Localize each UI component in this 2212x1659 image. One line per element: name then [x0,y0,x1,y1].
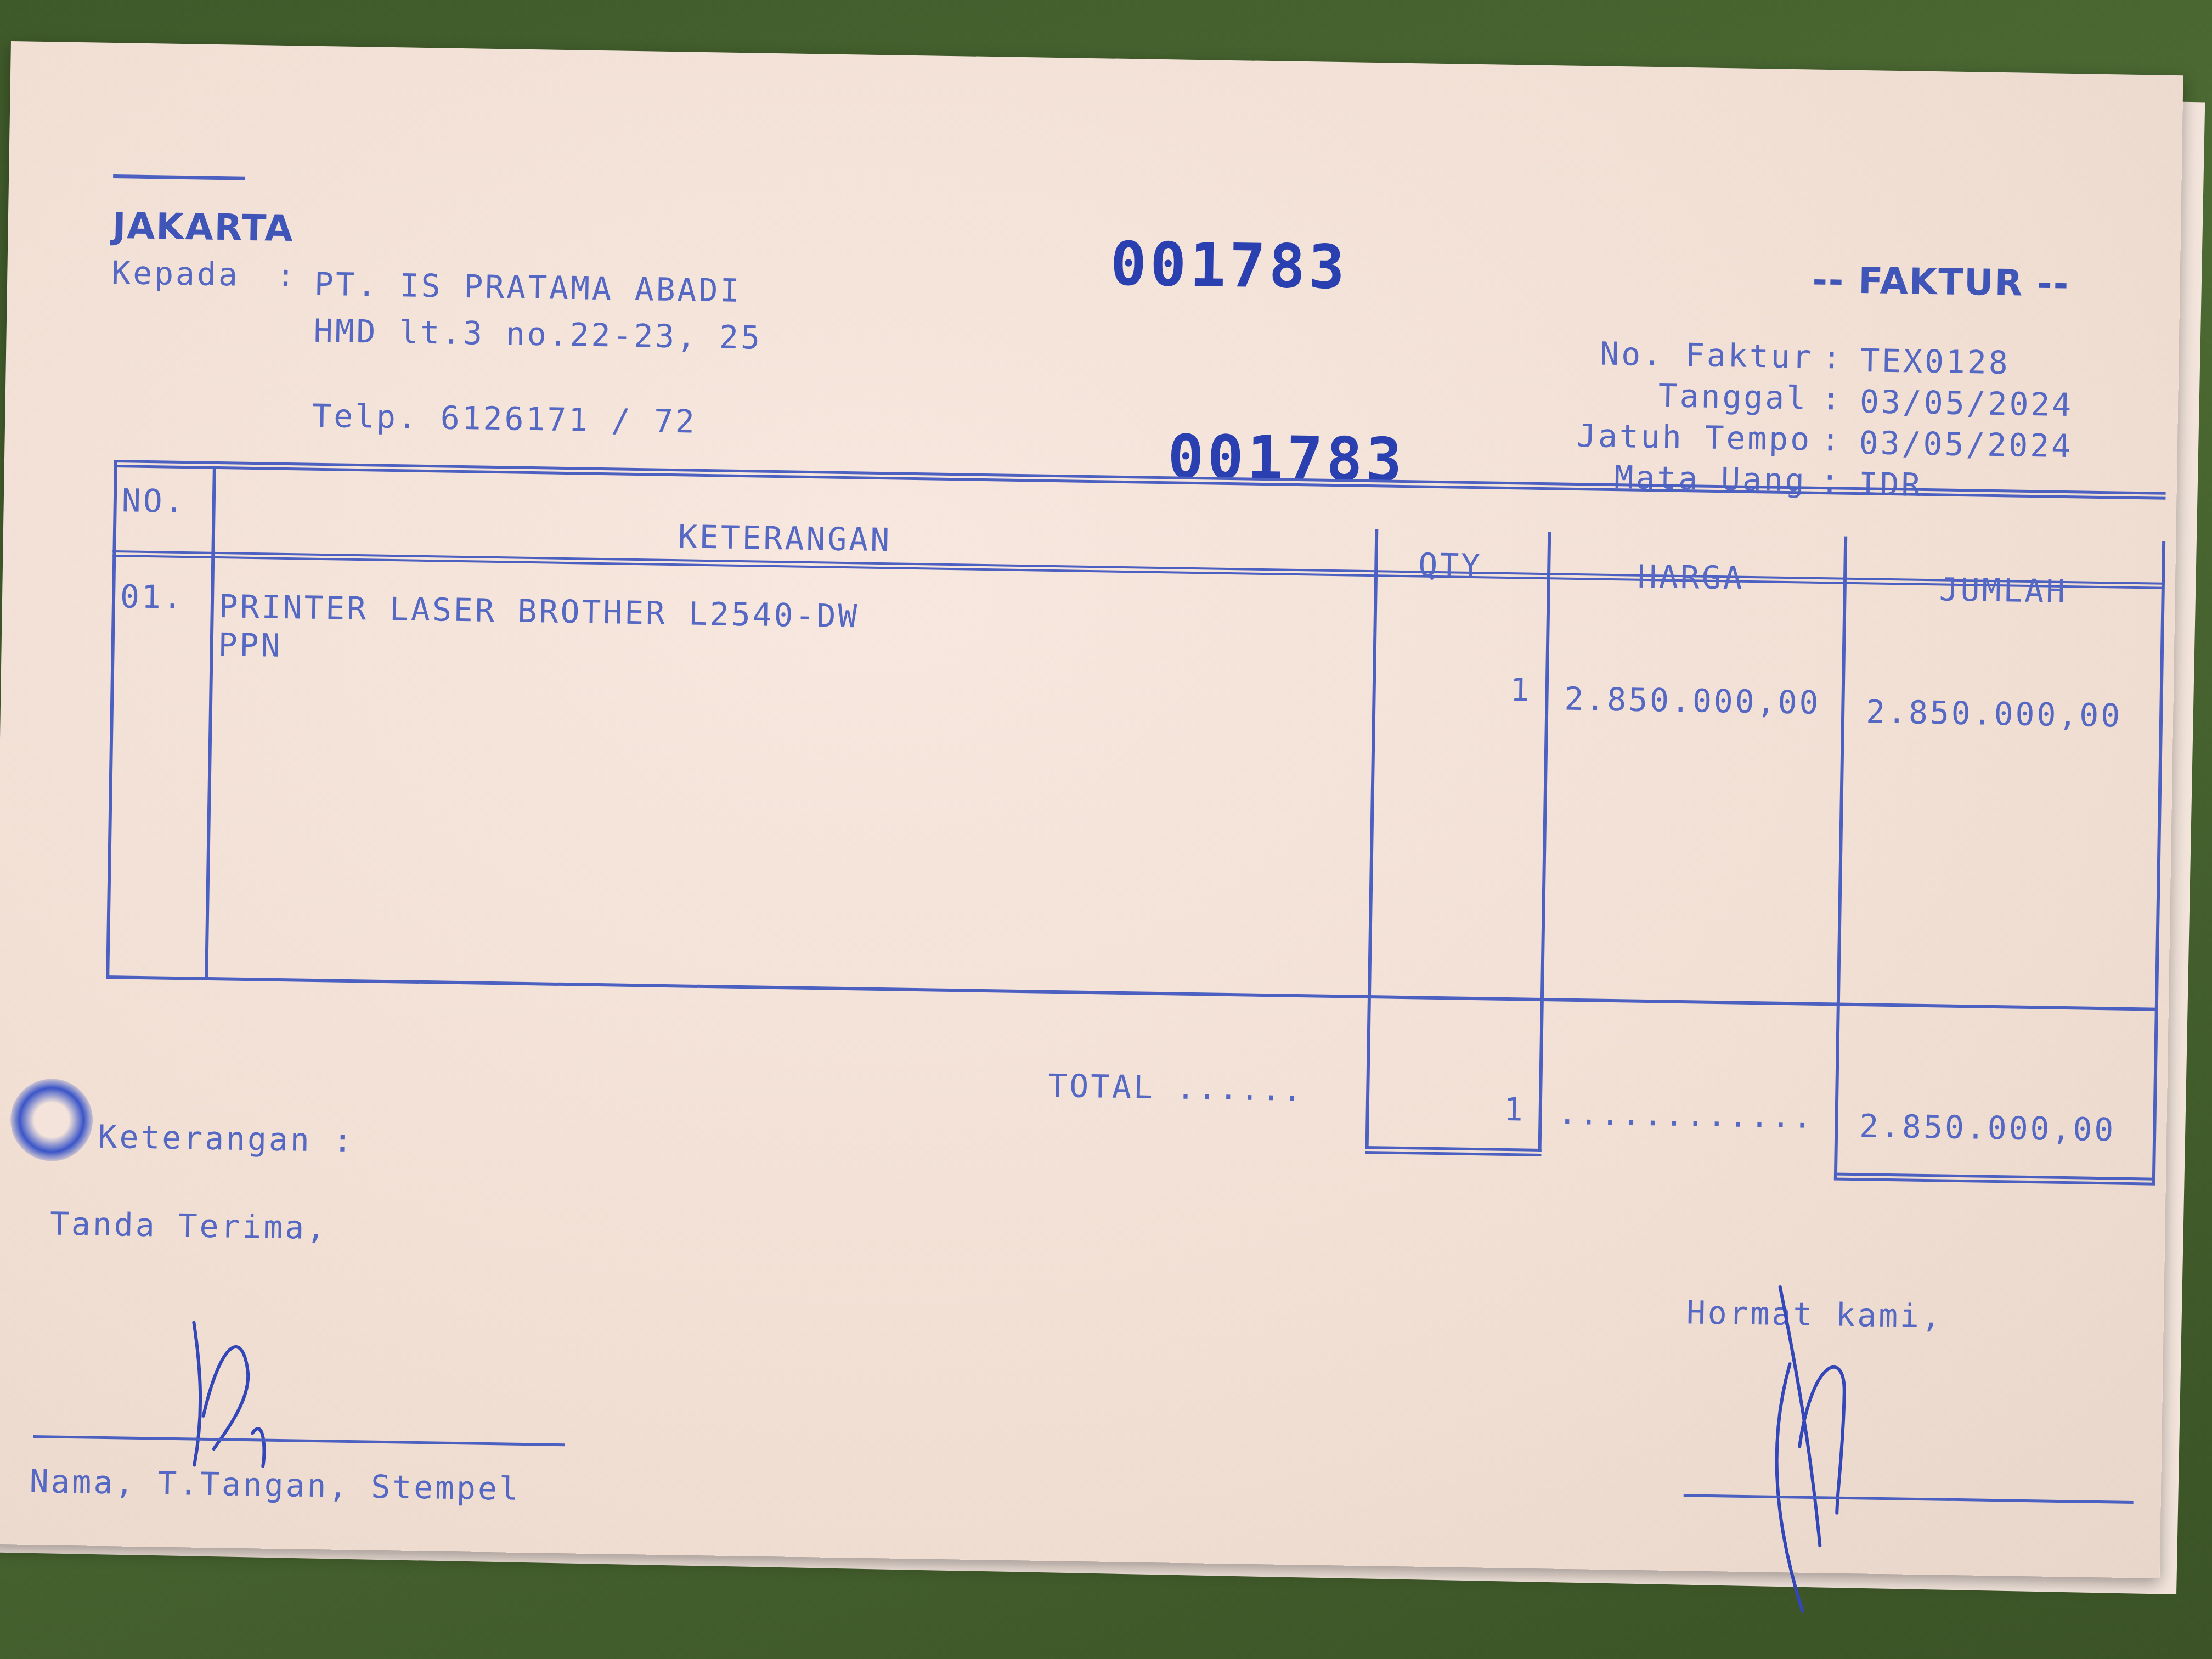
table-row: 01. PRINTER LASER BROTHER L2540-DW PPN 1… [11,41,2183,75]
mata-uang-value: IDR [1858,465,1923,504]
customer-name: PT. IS PRATAMA ABADI [314,266,742,309]
header-dash [113,174,245,180]
table-body-bottom-rule [106,975,2158,1011]
customer-address: HMD lt.3 no.22-23, 25 [313,312,762,357]
items-table: NO. KETERANGAN QTY HARGA JUMLAH 01. PRIN… [11,41,2183,75]
col-header-keterangan: KETERANGAN [678,518,891,558]
kepada-separator: : [276,257,298,295]
no-faktur-value: TEX0128 [1860,342,2010,381]
col-header-no: NO. [121,482,186,520]
sender-signature-icon [1753,1281,1890,1623]
receiver-signature-icon [170,1306,293,1483]
col-header-jumlah: JUMLAH [1939,571,2068,610]
table-top-rule [114,460,2166,500]
total-qty: 1 [1475,1090,1525,1128]
keterangan-label: Keterangan : [98,1118,354,1159]
nama-ttd-stempel-label: Nama, T.Tangan, Stempel [29,1463,521,1508]
document-title: -- FAKTUR -- [1812,259,2070,305]
table-header-rule [112,550,2164,589]
row-jumlah: 2.850.000,00 [1866,693,2123,734]
sender-sign-line [1684,1494,2134,1504]
city-label: JAKARTA [112,205,294,250]
total-dots: ............ [1558,1094,1814,1136]
row-keterangan-ppn: PPN [218,626,283,664]
tanda-terima-label: Tanda Terima, [50,1205,328,1246]
jatuh-tempo-value: 03/05/2024 [1859,424,2073,465]
total-label: TOTAL ...... [1048,1067,1305,1108]
row-no: 01. [120,578,185,616]
row-harga: 2.850.000,00 [1564,680,1821,721]
total-jumlah: 2.850.000,00 [1859,1107,2116,1148]
col-header-qty: QTY [1418,546,1483,584]
row-keterangan: PRINTER LASER BROTHER L2540-DW [218,588,860,635]
total-jumlah-rule [1834,1172,2155,1185]
serial-stamp-top: 001783 [1110,229,1348,303]
receiver-sign-line [33,1435,565,1446]
punch-hole [10,1078,93,1161]
tanggal-value: 03/05/2024 [1860,383,2074,424]
total-qty-rule [1365,1146,1541,1156]
no-faktur-label: No. Faktur [1600,335,1809,376]
col-header-harga: HARGA [1638,558,1745,597]
tanggal-label: Tanggal [1599,376,1808,417]
jatuh-tempo-label: Jatuh Tempo [1577,417,1808,458]
invoice-paper: JAKARTA Kepada : PT. IS PRATAMA ABADI HM… [0,41,2183,1578]
kepada-label: Kepada [111,254,240,294]
customer-phone: Telp. 6126171 / 72 [312,397,697,441]
row-qty: 1 [1482,670,1532,708]
